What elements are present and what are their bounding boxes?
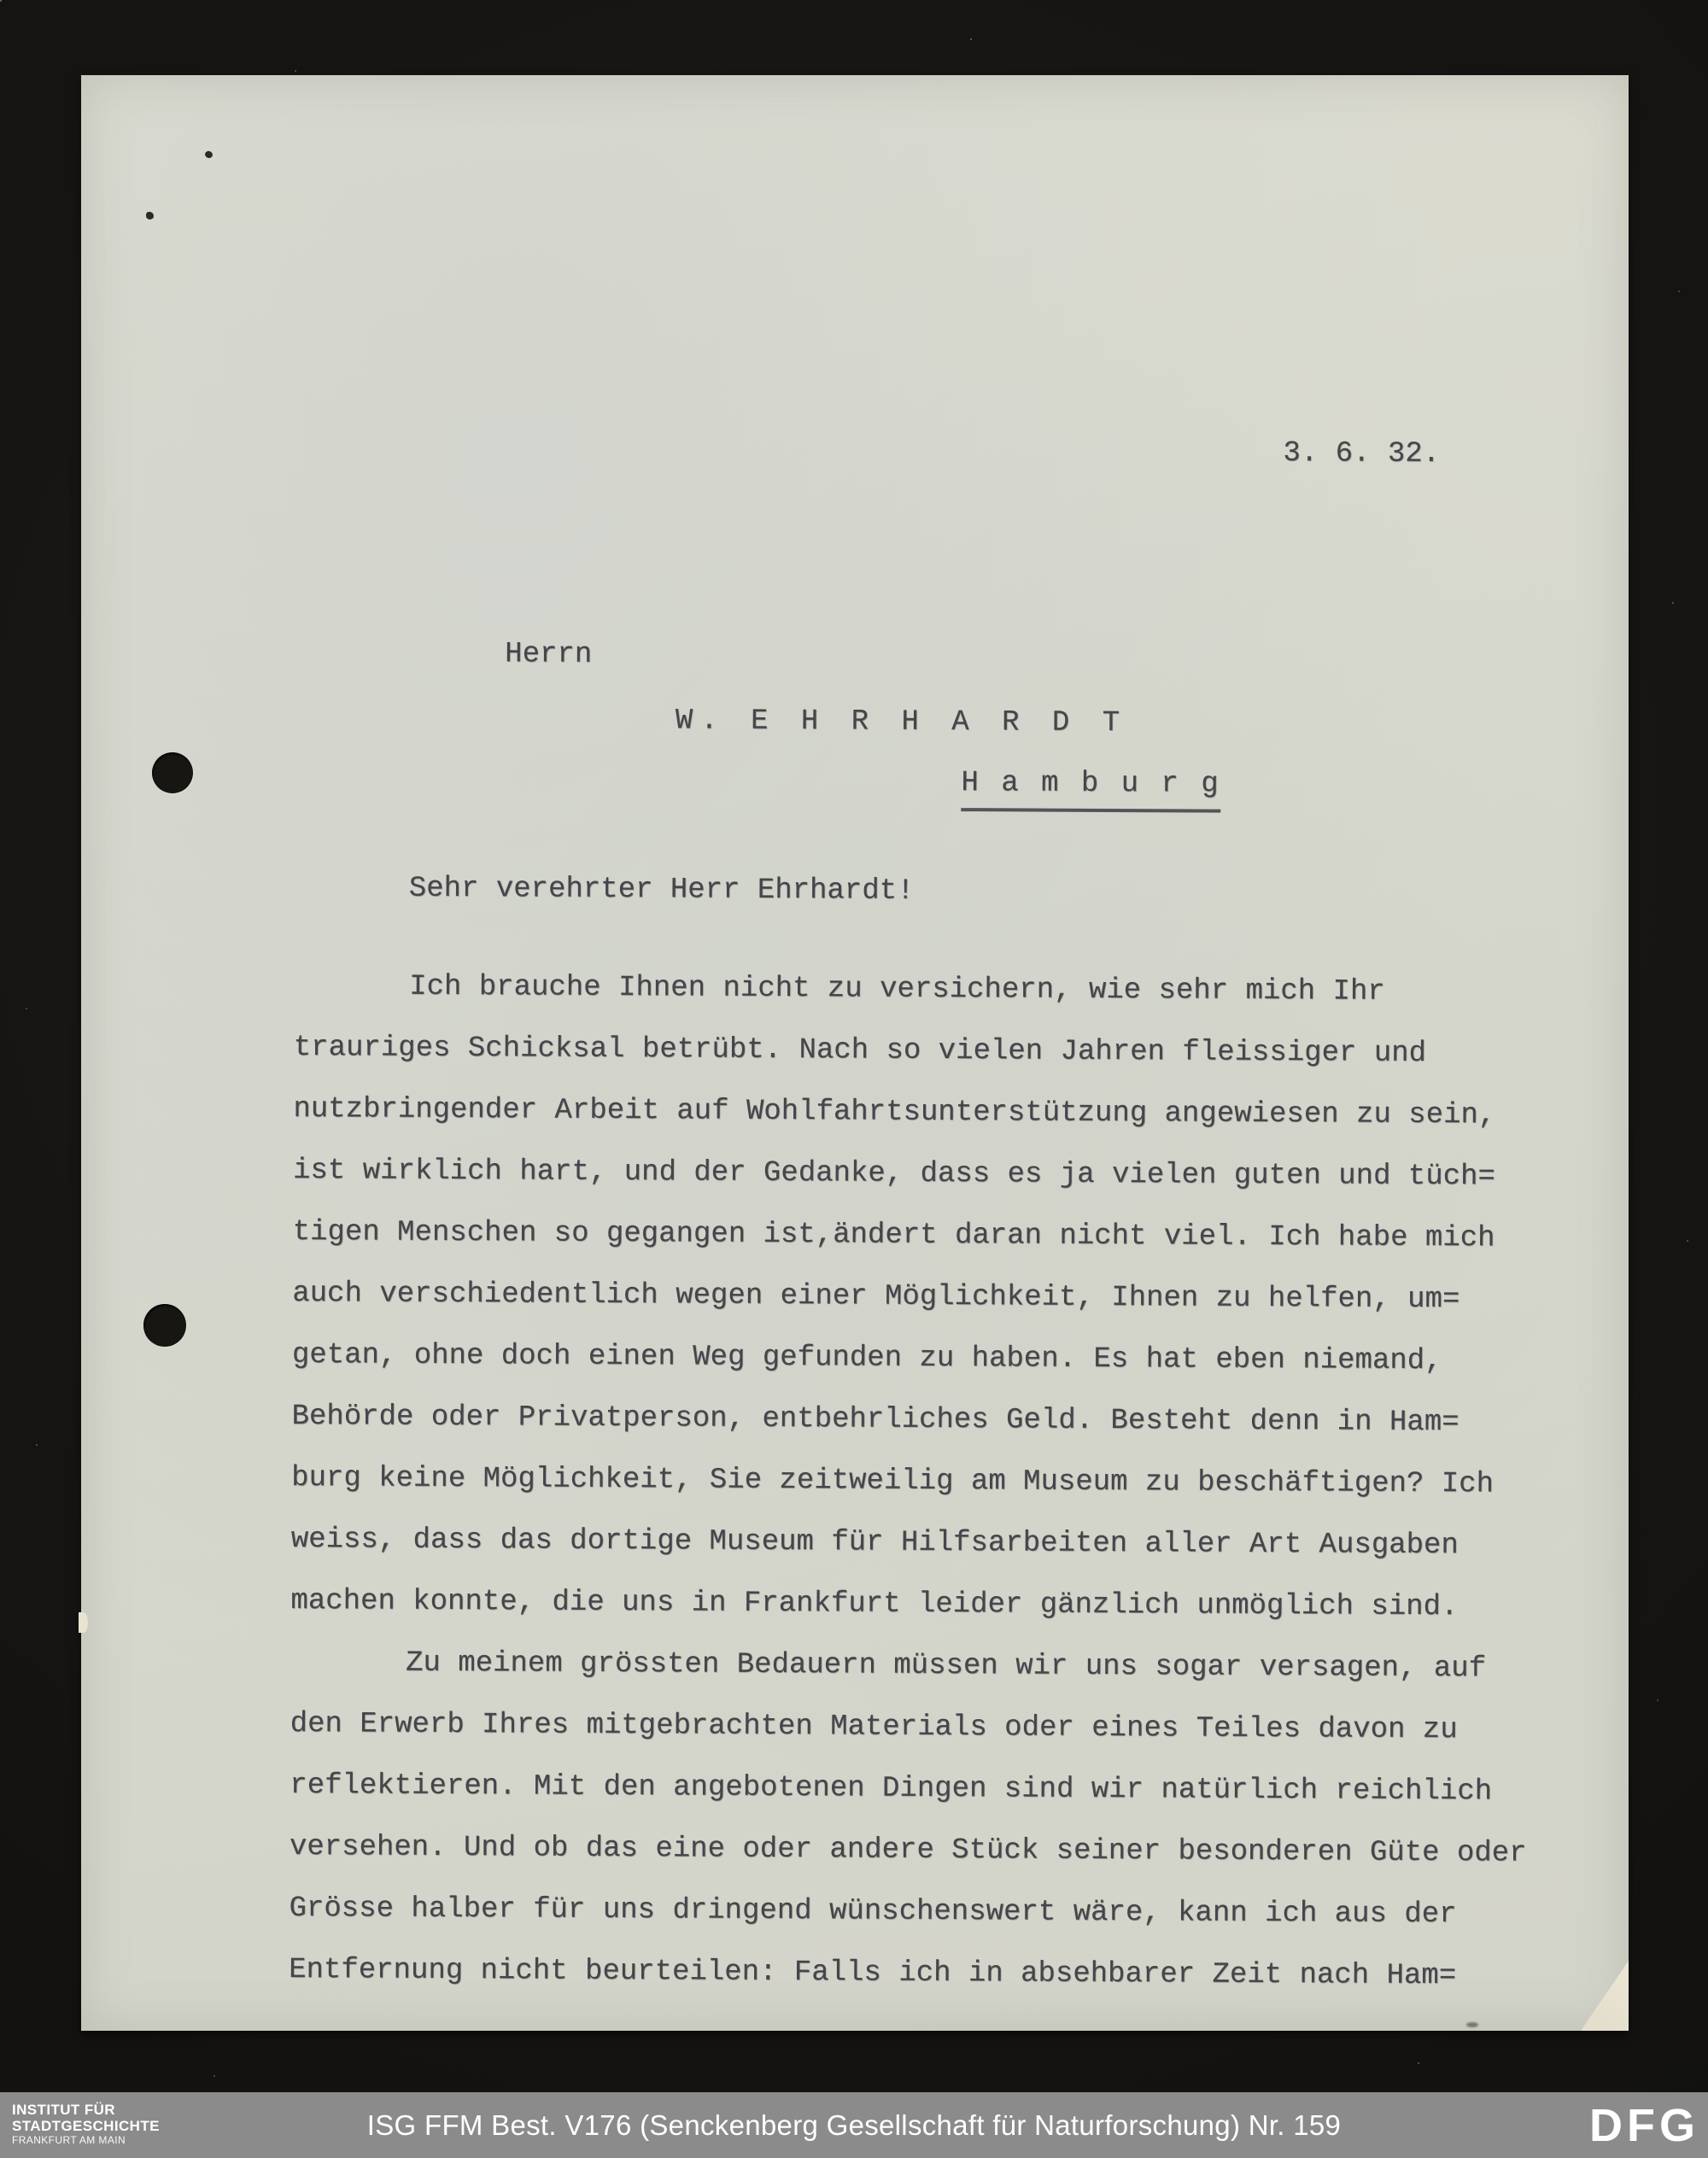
recipient-salutation-word: Herrn <box>505 635 592 674</box>
letter-line: tigen Menschen so gegangen ist,ändert da… <box>292 1202 1494 1269</box>
attribution-bar: INSTITUT FÜR STADTGESCHICHTE FRANKFURT A… <box>0 2092 1708 2158</box>
letter-line: Entfernung nicht beurteilen: Falls ich i… <box>289 1939 1526 2008</box>
letter-line: Behörde oder Privatperson, entbehrliches… <box>291 1386 1494 1453</box>
letter-line: Grösse halber für uns dringend wünschens… <box>289 1878 1526 1946</box>
archive-caption-wrap: ISG FFM Best. V176 (Senckenberg Gesellsc… <box>0 2092 1708 2158</box>
dfg-logo: DFG <box>1589 2102 1699 2149</box>
letter-page: 3. 6. 32. Herrn W. E H R H A R D T H a m… <box>81 75 1629 2031</box>
letter-line: getan, ohne doch einen Weg gefunden zu h… <box>292 1325 1494 1392</box>
letter-line: machen konnte, die uns in Frankfurt leid… <box>290 1570 1493 1638</box>
letter-salutation: Sehr verehrter Herr Ehrhardt! <box>409 870 915 910</box>
archive-caption: ISG FFM Best. V176 (Senckenberg Gesellsc… <box>367 2109 1341 2142</box>
letter-paragraph-2: Zu meinem grössten Bedauern müssen wir u… <box>289 1632 1528 2008</box>
letter-line: ist wirklich hart, und der Gedanke, dass… <box>293 1140 1495 1208</box>
letter-line: Zu meinem grössten Bedauern müssen wir u… <box>290 1632 1528 1700</box>
letter-line: trauriges Schicksal betrübt. Nach so vie… <box>294 1017 1496 1085</box>
recipient-city-underlined: H a m b u r g <box>961 764 1221 813</box>
letter-line: Ich brauche Ihnen nicht zu versichern, w… <box>294 956 1496 1023</box>
letter-paragraph-1: Ich brauche Ihnen nicht zu versichern, w… <box>290 956 1496 1638</box>
letter-line: reflektieren. Mit den angebotenen Dingen… <box>290 1755 1527 1823</box>
letter-line: den Erwerb Ihres mitgebrachten Materials… <box>290 1693 1527 1762</box>
typewritten-text: 3. 6. 32. Herrn W. E H R H A R D T H a m… <box>76 74 1634 2038</box>
letter-date: 3. 6. 32. <box>1283 435 1440 473</box>
letter-line: auch verschiedentlich wegen einer Möglic… <box>292 1263 1494 1330</box>
archive-scan-viewer: 3. 6. 32. Herrn W. E H R H A R D T H a m… <box>0 0 1708 2158</box>
recipient-name: W. E H R H A R D T <box>676 702 1127 742</box>
letter-line: versehen. Und ob das eine oder andere St… <box>290 1816 1527 1885</box>
letter-line: nutzbringender Arbeit auf Wohlfahrtsunte… <box>293 1079 1495 1146</box>
letter-line: burg keine Möglichkeit, Sie zeitweilig a… <box>291 1447 1494 1515</box>
letter-line: weiss, dass das dortige Museum für Hilfs… <box>291 1509 1494 1576</box>
dust-specks <box>0 0 2 2</box>
